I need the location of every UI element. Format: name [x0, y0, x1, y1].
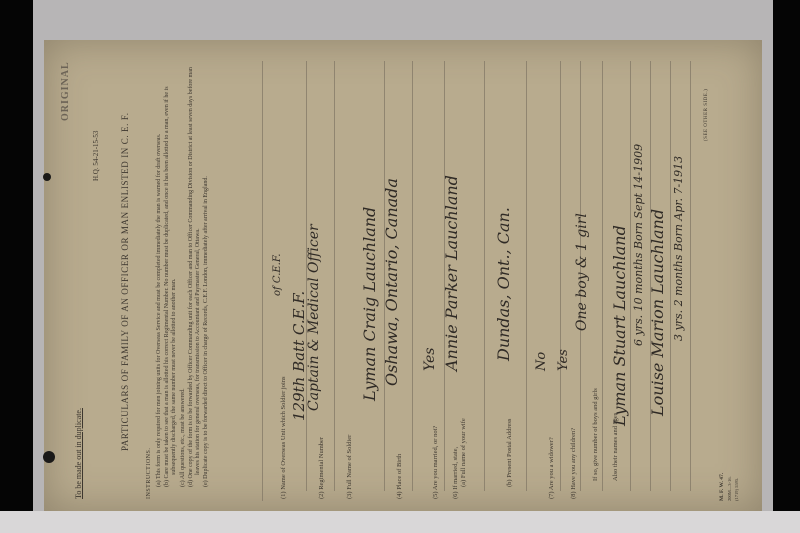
field-value-child-1-name: Lyman Stuart Lauchland [610, 225, 629, 426]
field-label-wife-name: (a) Full name of your wife [460, 418, 467, 487]
field-label-unit: (1) Name of Overseas Unit which Soldier … [280, 376, 287, 499]
field-value-full-name: Lyman Craig Lauchland [360, 207, 379, 401]
field-value-place-of-birth: Oshawa, Ontario, Canada [382, 178, 401, 386]
field-line [412, 61, 413, 491]
field-value-boys-girls: One boy & 1 girl [574, 213, 590, 331]
field-value-children: Yes [556, 349, 571, 371]
field-value-married: Yes [422, 348, 438, 372]
field-label-married: (5) Are you married, or not? [432, 426, 439, 499]
field-line [484, 61, 485, 491]
field-value-child-1-age: 6 yrs. 10 months Born Sept 14-1909 [632, 144, 645, 346]
field-line [670, 61, 671, 491]
field-value-widower: No [534, 352, 549, 371]
field-label-postal-address: (b) Present Postal Address [506, 419, 513, 487]
instruction-a: (a) This form is only required for men j… [156, 57, 163, 487]
field-value-postal-address: Dundas, Ont., Can. [494, 207, 513, 361]
field-label-full-name: (3) Full Name of Soldier [346, 435, 353, 499]
field-label-children: (8) Have you any children? [570, 428, 577, 499]
duplicate-note: To be made out in duplicate. [74, 408, 83, 499]
instruction-e: (e) Duplicate copy is to be forwarded di… [203, 57, 210, 487]
field-line [560, 61, 561, 491]
field-value-wife-name: Annie Parker Lauchland [442, 175, 461, 371]
form-number-block: M. F. W. 47. 200M—3-16. (1719) 5595. [719, 473, 740, 501]
instruction-d: (d) One copy of the form is to be forwar… [188, 57, 202, 487]
field-line [690, 61, 691, 491]
rotated-form: ORIGINAL H.Q. 54-21-15-53 To be made out… [44, 40, 762, 511]
field-value-regimental-number: Captain & Medical Officer [306, 224, 322, 411]
field-line [602, 61, 603, 491]
field-label-boys-girls: If so, give number of boys and girls [592, 388, 599, 481]
form-title: PARTICULARS OF FAMILY OF AN OFFICER OR M… [120, 112, 130, 451]
form-number: M. F. W. 47. [719, 473, 726, 501]
field-label-regimental-number: (2) Regimental Number [318, 437, 325, 499]
scanner-frame-bottom [0, 511, 800, 533]
form-reference: H.Q. 54-21-15-53 [92, 131, 100, 181]
see-other-side: (SEE OTHER SIDE.) [704, 89, 709, 141]
document-page: ORIGINAL H.Q. 54-21-15-53 To be made out… [44, 40, 762, 511]
field-label-if-married: (6) If married, state, [452, 447, 459, 499]
instructions-heading: INSTRUCTIONS. [146, 448, 152, 499]
punch-hole [43, 451, 55, 463]
field-label-place-of-birth: (4) Place of Birth [396, 454, 403, 499]
original-stamp: ORIGINAL [60, 61, 71, 121]
field-line [630, 61, 631, 491]
instructions-list: (a) This form is only required for men j… [156, 57, 211, 487]
field-value-child-2-age: 3 yrs. 2 months Born Apr. 7-1913 [672, 156, 685, 341]
field-value-unit-extra: of C.E.F. [272, 254, 283, 296]
field-line [526, 61, 527, 491]
field-label-widower: (7) Are you a widower? [548, 437, 555, 499]
print-info-2: (1719) 5595. [733, 473, 740, 501]
instruction-c: (c) All questions, etc., must be answere… [180, 57, 187, 487]
punch-hole [43, 173, 51, 181]
print-info-1: 200M—3-16. [726, 473, 733, 501]
field-value-child-2-name: Louise Marion Lauchland [648, 209, 667, 416]
divider [262, 61, 263, 501]
instruction-b: (b) Care must be taken to see that a man… [164, 57, 178, 487]
field-line [334, 61, 335, 491]
